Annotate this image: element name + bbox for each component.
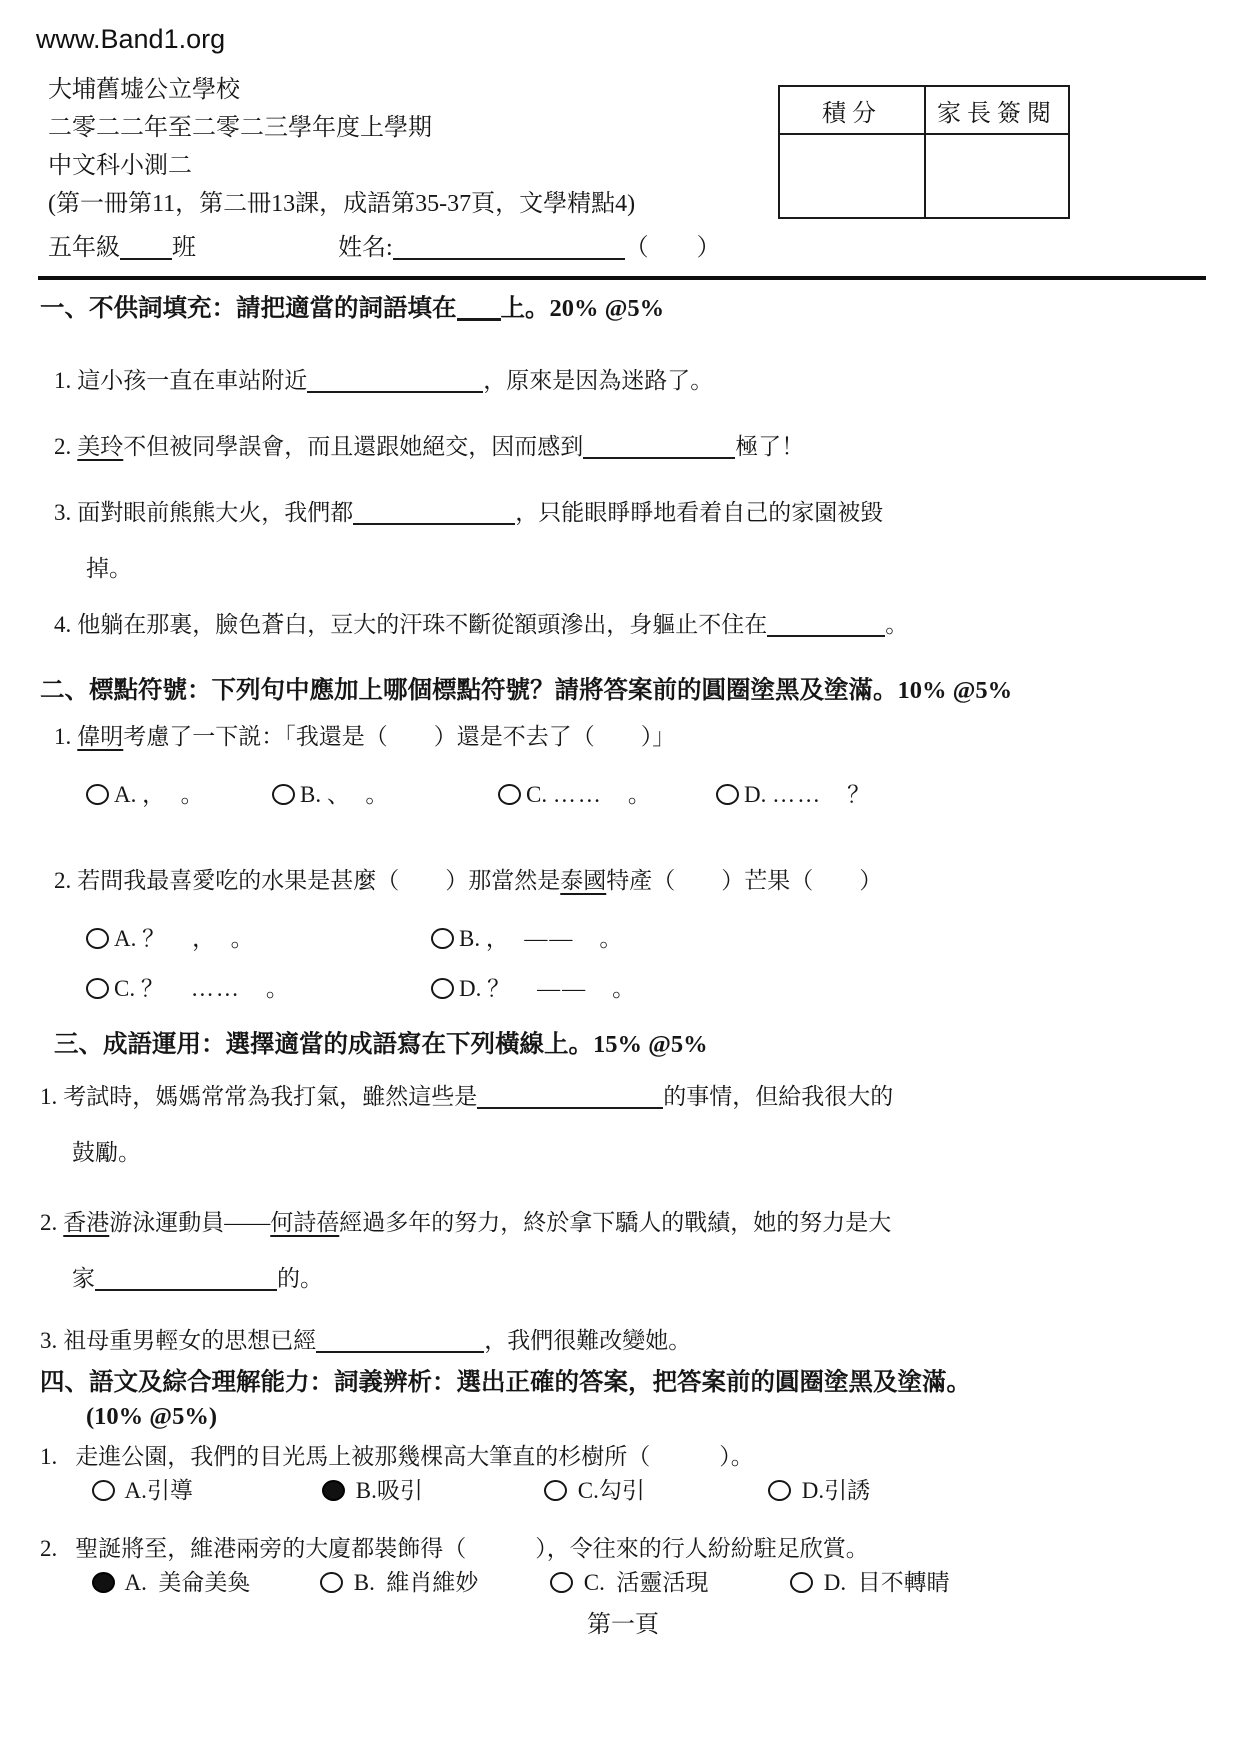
option-circle-icon [92,1480,115,1501]
section1-heading: 一、不供詞填充：請把適當的詞語填在上。20% @5% [40,292,1206,326]
name-label: 姓名: [338,235,393,261]
underlined-name: 美玲 [77,434,123,459]
class-blank-line [120,235,172,260]
section3-heading: 三、成語運用：選擇適當的成語寫在下列橫線上。15% @5% [40,1028,1206,1062]
s1-question-1: 1.這小孩一直在車站附近，原來是因為迷路了。 [40,364,1206,398]
option-circle-icon [768,1480,791,1501]
option-d: D. …… ？ [716,778,872,812]
option-d: D.引誘 [768,1474,870,1508]
s4-question-2: 2.聖誕將至，維港兩旁的大廈都裝飾得（ ），令往來的行人紛紛駐足欣賞。 A. 美… [40,1532,1206,1600]
option-a: A. ？ ， 。 [86,922,431,956]
option-c: C.勾引 [544,1474,768,1508]
option-a: A.引導 [92,1474,322,1508]
option-circle-icon [86,784,109,805]
header-divider [38,276,1206,280]
option-circle-icon [272,784,295,805]
option-b: B.吸引 [322,1474,544,1508]
option-c: C. 活靈活現 [550,1566,790,1600]
option-circle-icon-filled [92,1572,115,1593]
answer-blank-line [477,1085,663,1109]
option-d: D. 目不轉睛 [790,1566,950,1600]
s2-q2-options-row1: A. ？ ， 。 B. ， —— 。 [40,922,1206,956]
option-a: A. 美侖美奐 [92,1566,320,1600]
paper-body: 一、不供詞填充：請把適當的詞語填在上。20% @5% 1.這小孩一直在車站附近，… [40,292,1206,1642]
answer-blank-line [353,501,515,525]
underlined-name: 何詩蓓 [270,1210,339,1235]
answer-blank-line [583,435,735,459]
score-empty-cell [780,133,924,217]
answer-blank-line [767,613,885,637]
s2-q2-options-row2: C. ？ …… 。 D. ？ —— 。 [40,972,1206,1006]
answer-blank-line [307,369,483,393]
answer-blank-line [316,1329,484,1353]
option-c: C. …… 。 [498,778,716,812]
class-number-bracket: （ ） [625,235,721,261]
parent-signature-header-cell: 家長簽閱 [924,87,1068,133]
s4-q1-options: A.引導 B.吸引 C.勾引 D.引誘 [40,1474,1206,1508]
s1-question-4: 4.他躺在那裏，臉色蒼白，豆大的汗珠不斷從額頭滲出，身軀止不住在。 [40,608,1206,642]
option-circle-icon [544,1480,567,1501]
option-b: B. ， —— 。 [431,922,624,956]
option-circle-icon [716,784,739,805]
answer-blank-line [95,1267,277,1291]
option-c: C. ？ …… 。 [86,972,431,1006]
option-a: A. ， 。 [86,778,272,812]
s2-question-1: 1.偉明考慮了一下説：「我還是（ ）還是不去了（ ）」 [40,720,1206,754]
underlined-name: 泰國 [560,868,606,893]
s2-q1-options: A. ， 。 B. 、 。 C. …… 。 D. …… ？ [40,778,1206,812]
option-circle-icon [790,1572,813,1593]
signature-empty-cell [924,133,1068,217]
option-circle-icon [86,978,109,999]
score-header-cell: 積分 [780,87,924,133]
s4-question-1: 1.走進公園，我們的目光馬上被那幾棵高大筆直的杉樹所（ ）。 A.引導 B.吸引… [40,1440,1206,1508]
s2-question-2: 2.若問我最喜愛吃的水果是甚麼（ ）那當然是泰國特產（ ）芒果（ ） [40,864,1206,898]
option-circle-icon [550,1572,573,1593]
heading-blank [457,295,501,321]
option-d: D. ？ —— 。 [431,972,637,1006]
s3-question-2: 2.香港游泳運動員——何詩蓓經過多年的努力，終於拿下驕人的戰績，她的努力是大 家… [40,1206,1206,1296]
s3-question-3: 3.祖母重男輕女的思想已經，我們很難改變她。 [40,1324,1206,1358]
score-signature-table: 積分 家長簽閱 [778,85,1070,219]
grade-label: 五年級 [48,235,120,261]
s1-question-2: 2.美玲不但被同學誤會，而且還跟她絕交，因而感到極了！ [40,430,1206,464]
site-watermark: www.Band1.org [36,24,1240,55]
option-b: B. 維肖維妙 [320,1566,550,1600]
option-circle-icon [431,928,454,949]
option-circle-icon [320,1572,343,1593]
option-circle-icon [431,978,454,999]
option-circle-icon [498,784,521,805]
underlined-name: 香港 [63,1210,109,1235]
s1-question-3: 3.面對眼前熊熊大火，我們都，只能眼睜睜地看着自己的家園被毀 掉。 [40,496,1206,586]
student-info-row: 五年級班 姓名:（ ） [48,227,1240,262]
page-number: 第一頁 [40,1608,1206,1642]
s3-question-1: 1.考試時，媽媽常常為我打氣，雖然這些是的事情，但給我很大的 鼓勵。 [40,1080,1206,1170]
section2-heading: 二、標點符號：下列句中應加上哪個標點符號？請將答案前的圓圈塗黑及塗滿。10% @… [40,674,1206,708]
class-label: 班 [172,235,196,261]
section4-heading: 四、語文及綜合理解能力：詞義辨析：選出正確的答案，把答案前的圓圈塗黑及塗滿。 (… [40,1366,1206,1434]
underlined-name: 偉明 [77,724,123,749]
name-blank-line [393,235,625,260]
s4-q2-options: A. 美侖美奐 B. 維肖維妙 C. 活靈活現 D. 目不轉睛 [40,1566,1206,1600]
option-b: B. 、 。 [272,778,498,812]
option-circle-icon [86,928,109,949]
option-circle-icon-filled [322,1480,345,1501]
